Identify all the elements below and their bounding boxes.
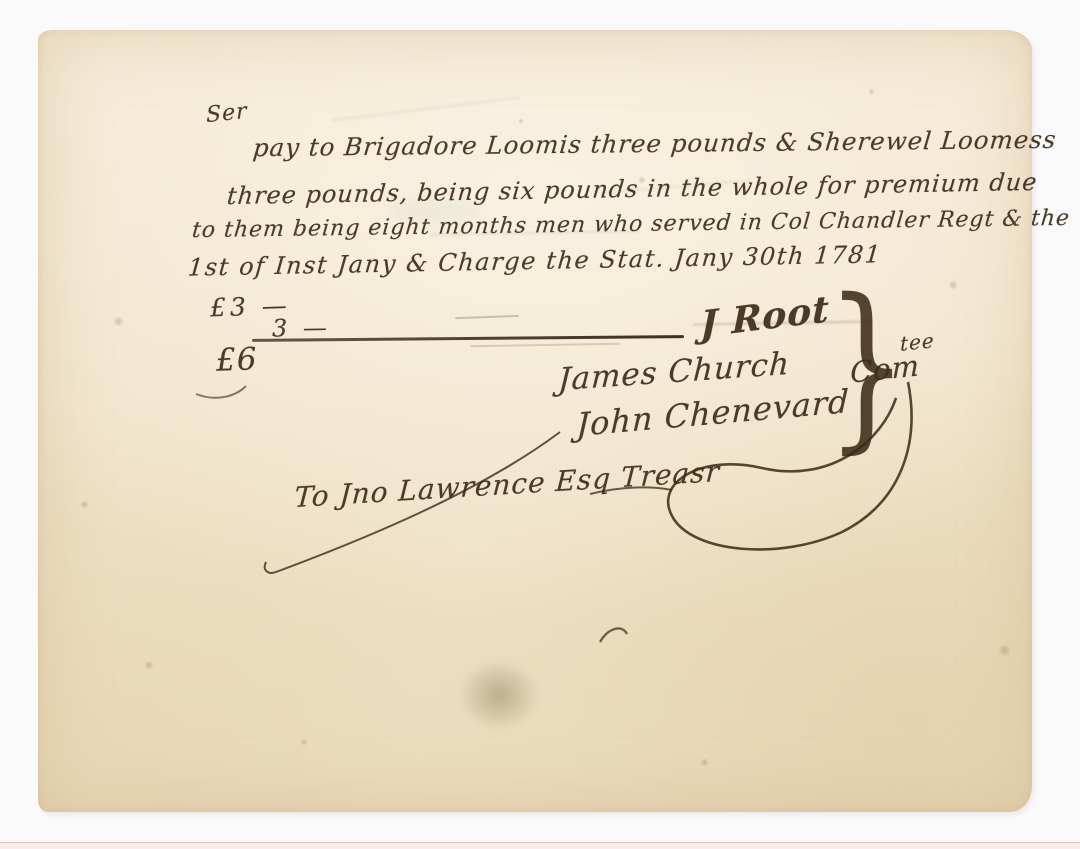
foxing-dot bbox=[868, 88, 875, 95]
foxing-dot bbox=[144, 660, 154, 670]
foxing-dot bbox=[998, 644, 1011, 657]
paper-stain-smudge bbox=[443, 646, 555, 744]
foxing-dot bbox=[700, 758, 709, 767]
sum-total-amount: £6 bbox=[215, 341, 258, 378]
foxing-dot bbox=[638, 176, 646, 184]
committee-label-superscript: tee bbox=[900, 328, 935, 356]
scanner-edge-strip bbox=[0, 842, 1080, 849]
foxing-dot bbox=[518, 118, 524, 124]
foxing-dot bbox=[80, 500, 89, 509]
foxing-dot bbox=[113, 316, 124, 327]
salutation: Ser bbox=[206, 99, 248, 128]
foxing-dot bbox=[300, 738, 308, 746]
scanned-document-image: Ser pay to Brigadore Loomis three pounds… bbox=[0, 0, 1080, 849]
foxing-dot bbox=[948, 280, 958, 290]
